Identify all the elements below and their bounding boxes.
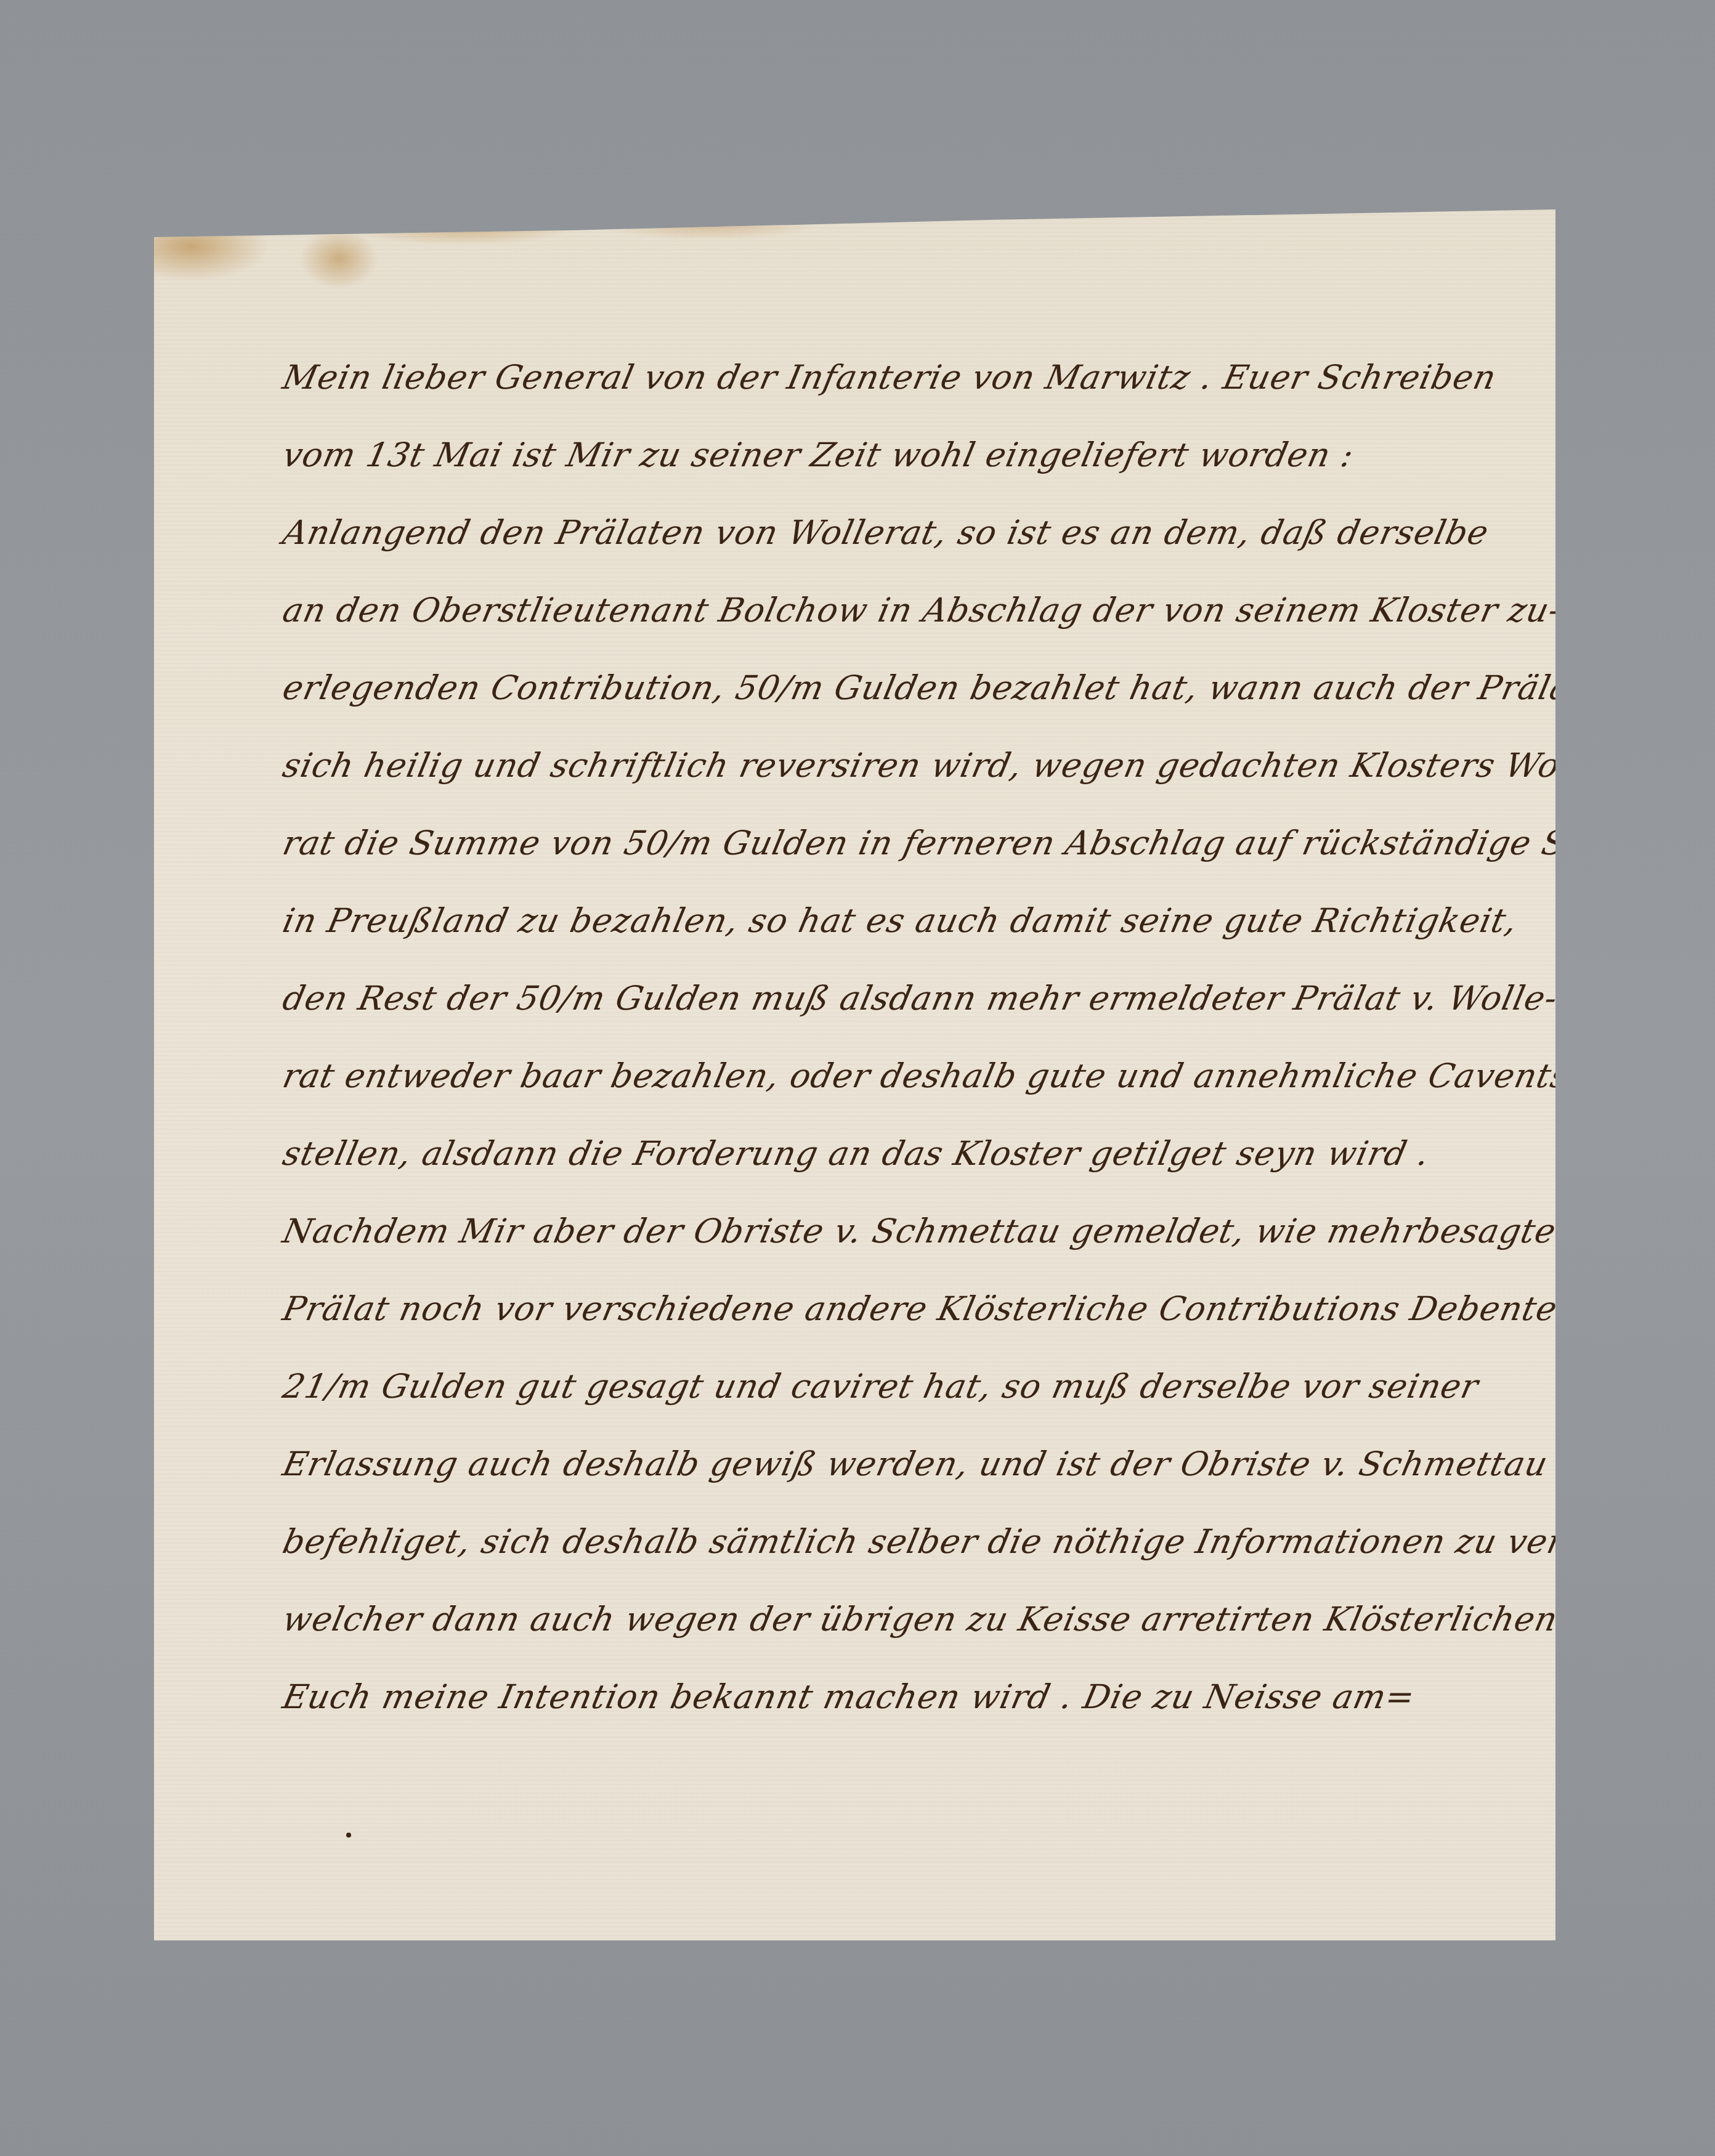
letter-line: Mein lieber General von der Infanterie v…: [275, 339, 1543, 416]
letter-line: rat entweder baar bezahlen, oder deshalb…: [275, 1037, 1543, 1115]
water-stain: [154, 222, 832, 302]
letter-page: Mein lieber General von der Infanterie v…: [154, 209, 1555, 1940]
letter-line: erlegenden Contribution, 50/m Gulden bez…: [275, 649, 1543, 727]
letter-line: rat die Summe von 50/m Gulden in fernere…: [275, 804, 1543, 882]
letter-line: welcher dann auch wegen der übrigen zu K…: [275, 1581, 1543, 1658]
letter-line: Prälat noch vor verschiedene andere Klös…: [275, 1270, 1543, 1348]
letter-body: Mein lieber General von der Infanterie v…: [283, 339, 1534, 1736]
letter-line: Erlassung auch deshalb gewiß werden, und…: [275, 1425, 1543, 1503]
ink-spot: [346, 1833, 351, 1838]
letter-line: 21/m Gulden gut gesagt und caviret hat, …: [275, 1348, 1543, 1425]
letter-line: an den Oberstlieutenant Bolchow in Absch…: [275, 572, 1543, 649]
letter-line: stellen, alsdann die Forderung an das Kl…: [275, 1115, 1543, 1193]
letter-line: befehliget, sich deshalb sämtlich selber…: [275, 1503, 1543, 1581]
letter-line: den Rest der 50/m Gulden muß alsdann meh…: [275, 960, 1543, 1037]
letter-line: sich heilig und schriftlich reversiren w…: [275, 727, 1543, 804]
letter-line: Nachdem Mir aber der Obriste v. Schmetta…: [275, 1193, 1543, 1270]
letter-line: Euch meine Intention bekannt machen wird…: [275, 1658, 1543, 1736]
letter-line: vom 13t Mai ist Mir zu seiner Zeit wohl …: [275, 416, 1543, 494]
letter-line: Anlangend den Prälaten von Wollerat, so …: [275, 494, 1543, 572]
letter-line: in Preußland zu bezahlen, so hat es auch…: [275, 882, 1543, 960]
